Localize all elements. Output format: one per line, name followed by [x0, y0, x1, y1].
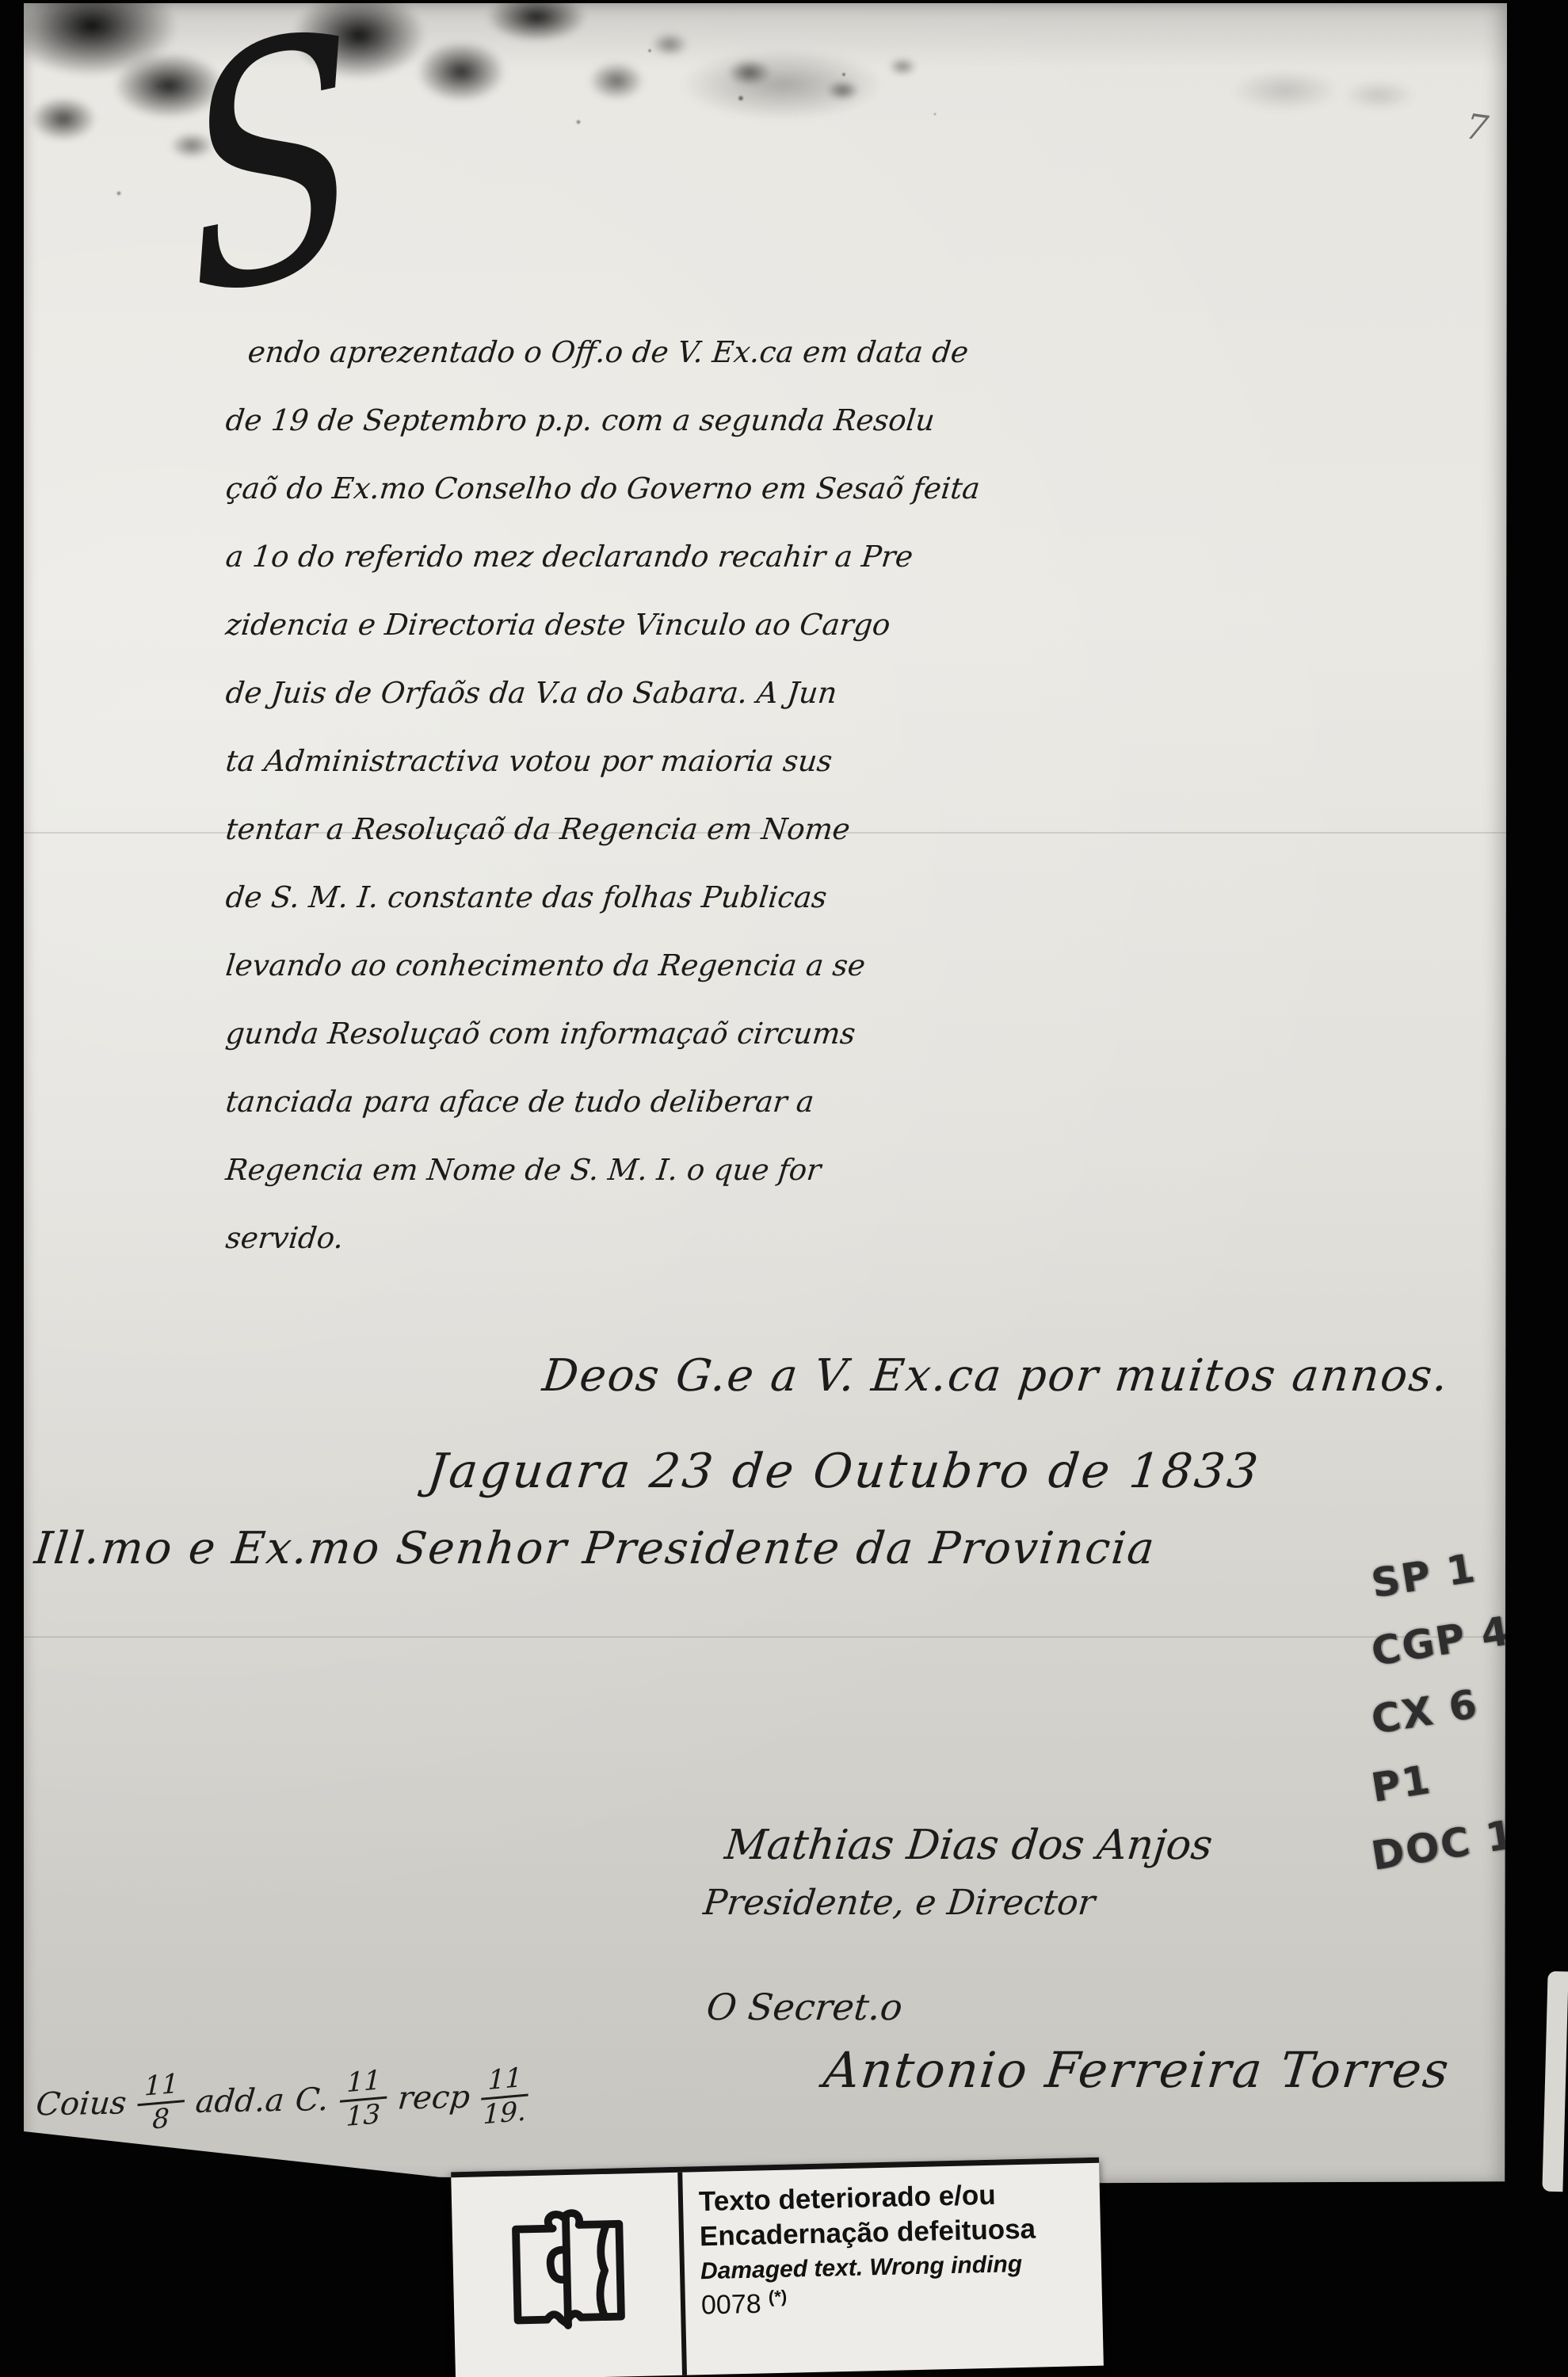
- body-line: çaõ do Ex.mo Conselho do Governo em Sesa…: [222, 455, 983, 523]
- registry-word: recp: [396, 2079, 471, 2117]
- decorative-initial: S: [171, 0, 372, 345]
- manuscript-page: 7 S endo aprezentado o Off.o de V. Ex.ca…: [24, 3, 1507, 2184]
- body-line: de S. M. I. constante das folhas Publica…: [222, 864, 983, 932]
- registry-word: add.a: [194, 2082, 286, 2120]
- signature-name: Mathias Dias dos Anjos: [723, 1822, 1215, 1869]
- secretary-signature: Antonio Ferreira Torres: [821, 2041, 1453, 2099]
- adjacent-page-edge: [1542, 1971, 1568, 2192]
- body-line: a 1o do referido mez declarando recahir …: [222, 523, 983, 591]
- body-line: endo aprezentado o Off.o de V. Ex.ca em …: [222, 319, 983, 387]
- body-line: zidencia e Directoria deste Vinculo ao C…: [222, 591, 983, 659]
- date-fraction: 11 19.: [480, 2064, 528, 2130]
- label-code-note: (*): [769, 2286, 788, 2306]
- label-icon-cell: [451, 2173, 682, 2377]
- addressee-line: Ill.mo e Ex.mo Senhor Presidente da Prov…: [32, 1523, 1158, 1574]
- body-line: ta Administractiva votou por maioria sus: [222, 727, 983, 796]
- registry-word: Coius: [34, 2085, 128, 2123]
- damaged-book-icon: [476, 2201, 658, 2352]
- date-fraction: 11 8: [137, 2070, 185, 2135]
- body-line: levando ao conhecimento da Regencia a se: [222, 932, 983, 1000]
- dateline: Jaguara 23 de Outubro de 1833: [425, 1444, 1262, 1499]
- body-line: de 19 de Septembro p.p. com a segunda Re…: [222, 387, 983, 455]
- letter-body: endo aprezentado o Off.o de V. Ex.ca em …: [226, 319, 980, 1272]
- body-line: tanciada para aface de tudo deliberar a: [222, 1068, 983, 1136]
- body-line: de Juis de Orfaõs da V.a do Sabara. A Ju…: [222, 659, 983, 727]
- label-code: 0078 (*): [701, 2279, 1095, 2321]
- signature-title: Presidente, e Director: [701, 1883, 1097, 1923]
- body-line: tentar a Resoluçaõ da Regencia em Nome: [222, 796, 983, 864]
- archival-marks: SP 1 CGP 4 CX 6 P1 DOC 14: [1371, 1536, 1545, 1877]
- scanned-document-view: 7 S endo aprezentado o Off.o de V. Ex.ca…: [0, 0, 1568, 2377]
- label-text: Texto deteriorado e/ou Encadernação defe…: [677, 2163, 1104, 2375]
- paper-fold-line: [24, 1636, 1507, 1638]
- body-line: servido.: [222, 1204, 983, 1272]
- registry-word: C.: [294, 2081, 330, 2119]
- date-fraction: 11 13: [339, 2066, 387, 2132]
- body-line: Regencia em Nome de S. M. I. o que for: [222, 1136, 983, 1204]
- registry-note: Coius 11 8 add.a C. 11 13 recp 11 19.: [33, 2066, 531, 2136]
- secretary-label: O Secret.o: [704, 1986, 905, 2028]
- valediction: Deos G.e a V. Ex.ca por muitos annos.: [540, 1350, 1452, 1402]
- condition-label: Texto deteriorado e/ou Encadernação defe…: [451, 2158, 1104, 2377]
- body-line: gunda Resoluçaõ com informaçaõ circums: [222, 1000, 983, 1068]
